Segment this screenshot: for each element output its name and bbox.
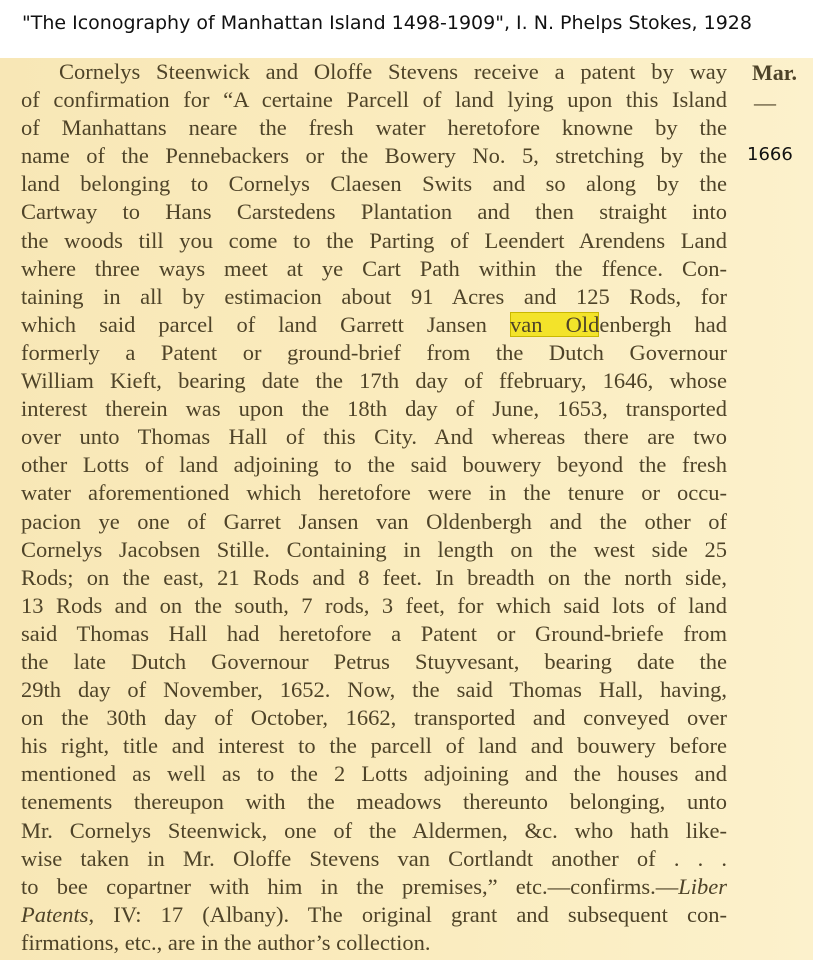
margin-month: Mar. [752,60,797,86]
text-line: mentioned as well as to the 2 Lotts adjo… [21,760,727,788]
source-caption: "The Iconography of Manhattan Island 149… [22,12,752,34]
margin-year: 1666 [747,144,793,165]
text-line: the woods till you come to the Parting o… [21,227,727,255]
text-line: taining in all by estimacion about 91 Ac… [21,283,727,311]
text-line: formerly a Patent or ground-brief from t… [21,339,727,367]
text-line: 13 Rods and on the south, 7 rods, 3 feet… [21,592,727,620]
text-line-highlighted: which said parcel of land Garrett Jansen… [21,311,727,339]
scanned-page: Cornelys Steenwick and Oloffe Stevens re… [0,58,813,960]
text-line: Rods; on the east, 21 Rods and 8 feet. I… [21,564,727,592]
text-segment: to bee copartner with him in the premise… [21,874,678,899]
text-line: of confirmation for “A certaine Parcell … [21,86,727,114]
text-line: on the 30th day of October, 1662, transp… [21,704,727,732]
text-line: interest therein was upon the 18th day o… [21,395,727,423]
text-line: water aforementioned which heretofore we… [21,479,727,507]
text-line: tenements thereupon with the meadows the… [21,788,727,816]
text-line: Cartway to Hans Carstedens Plantation an… [21,198,727,226]
text-line: the late Dutch Governour Petrus Stuyvesa… [21,648,727,676]
text-line: over unto Thomas Hall of this City. And … [21,423,727,451]
entry-text: Cornelys Steenwick and Oloffe Stevens re… [21,58,727,957]
text-line: 29th day of November, 1652. Now, the sai… [21,676,727,704]
text-line: of Manhattans neare the fresh water here… [21,114,727,142]
text-line: firmations, etc., are in the author’s co… [21,929,727,957]
citation-title: Patents [21,902,89,927]
text-line: land belonging to Cornelys Claesen Swits… [21,170,727,198]
text-line: wise taken in Mr. Oloffe Stevens van Cor… [21,845,727,873]
text-line: Mr. Cornelys Steenwick, one of the Alder… [21,817,727,845]
text-segment: which said parcel of land Garrett Jansen [21,312,510,337]
text-line: said Thomas Hall had heretofore a Patent… [21,620,727,648]
text-line: name of the Pennebackers or the Bowery N… [21,142,727,170]
citation-title: Liber [678,874,727,899]
margin-dash: — [754,90,776,116]
text-line: where three ways meet at ye Cart Path wi… [21,255,727,283]
search-highlight: van Old [510,312,599,337]
caption-bar: "The Iconography of Manhattan Island 149… [0,0,813,58]
text-line: his right, title and interest to the par… [21,732,727,760]
text-line: other Lotts of land adjoining to the sai… [21,451,727,479]
text-line: Cornelys Steenwick and Oloffe Stevens re… [21,58,727,86]
text-line: Cornelys Jacobsen Stille. Containing in … [21,536,727,564]
text-line-citation: to bee copartner with him in the premise… [21,873,727,901]
text-segment: enbergh had [599,312,727,337]
text-segment: , IV: 17 (Albany). The original grant an… [89,902,728,927]
text-line-citation: Patents, IV: 17 (Albany). The original g… [21,901,727,929]
text-line: William Kieft, bearing date the 17th day… [21,367,727,395]
text-line: pacion ye one of Garret Jansen van Olden… [21,508,727,536]
